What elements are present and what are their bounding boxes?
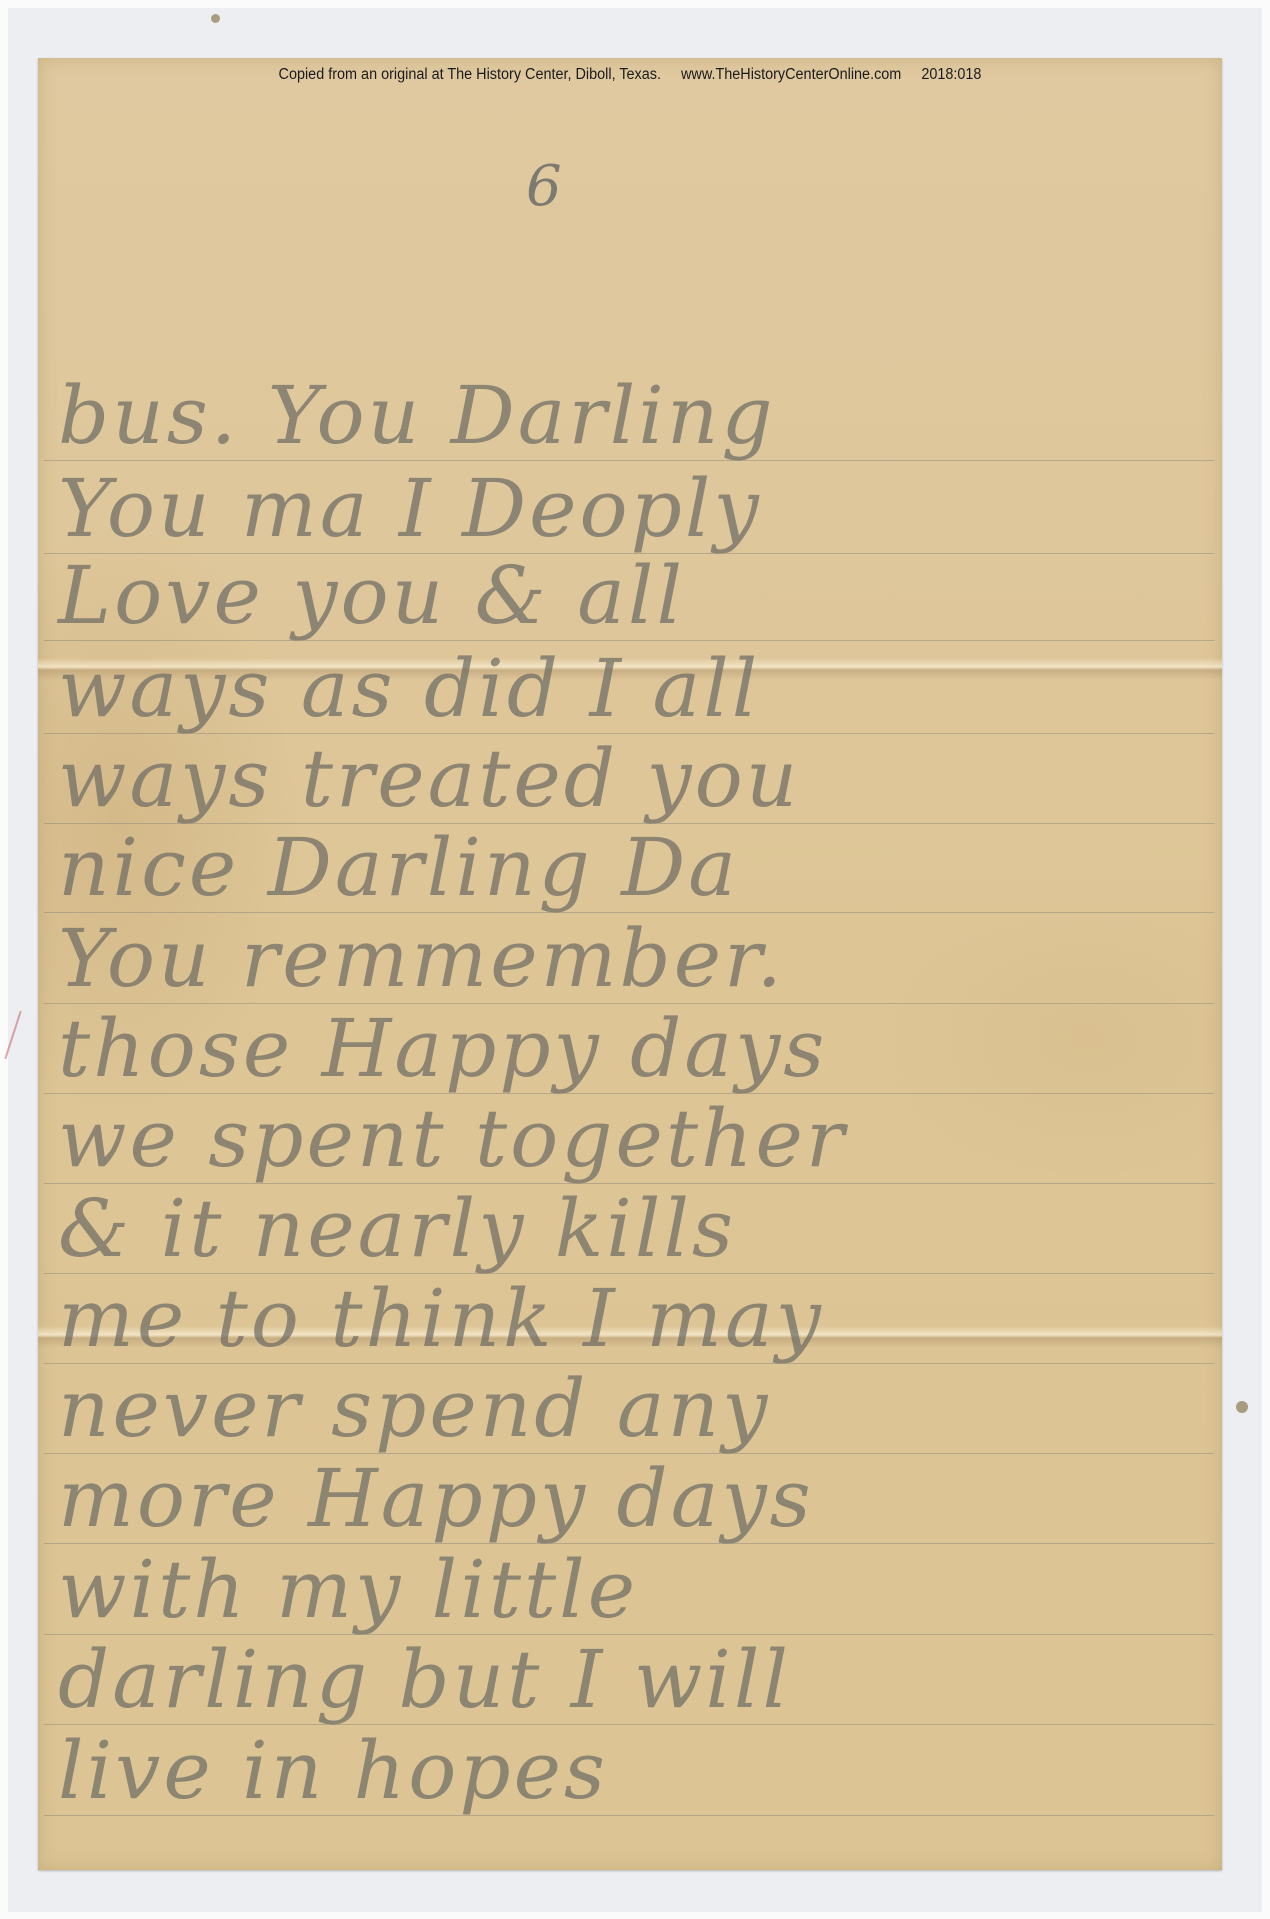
handwritten-line: bus. You Darling: [58, 376, 1192, 456]
handwritten-line: never spend any: [58, 1369, 1192, 1449]
handwritten-line: Love you & all: [58, 556, 1192, 636]
handwritten-line: live in hopes: [58, 1731, 1192, 1811]
handwritten-line: You remmember.: [58, 919, 1192, 999]
handwritten-line: ways as did I all: [58, 649, 1192, 729]
handwritten-line: me to think I may: [58, 1279, 1192, 1359]
scan-dust-spot: [1236, 1401, 1248, 1413]
handwritten-line: we spent together: [58, 1099, 1192, 1179]
handwritten-line: nice Darling Da: [58, 828, 1192, 908]
handwritten-line: darling but I will: [58, 1640, 1192, 1720]
letter-page: Copied from an original at The History C…: [38, 58, 1222, 1870]
archive-stamp: Copied from an original at The History C…: [79, 66, 1180, 84]
handwritten-line: & it nearly kills: [58, 1189, 1192, 1269]
scan-dust-spot: [211, 14, 220, 23]
handwritten-line: You ma I Deoply: [58, 469, 1192, 549]
page-number: 6: [526, 154, 562, 219]
handwritten-line: ways treated you: [58, 739, 1192, 819]
handwritten-line: more Happy days: [58, 1459, 1192, 1539]
handwritten-line: with my little: [58, 1550, 1192, 1630]
handwritten-line: those Happy days: [58, 1009, 1192, 1089]
